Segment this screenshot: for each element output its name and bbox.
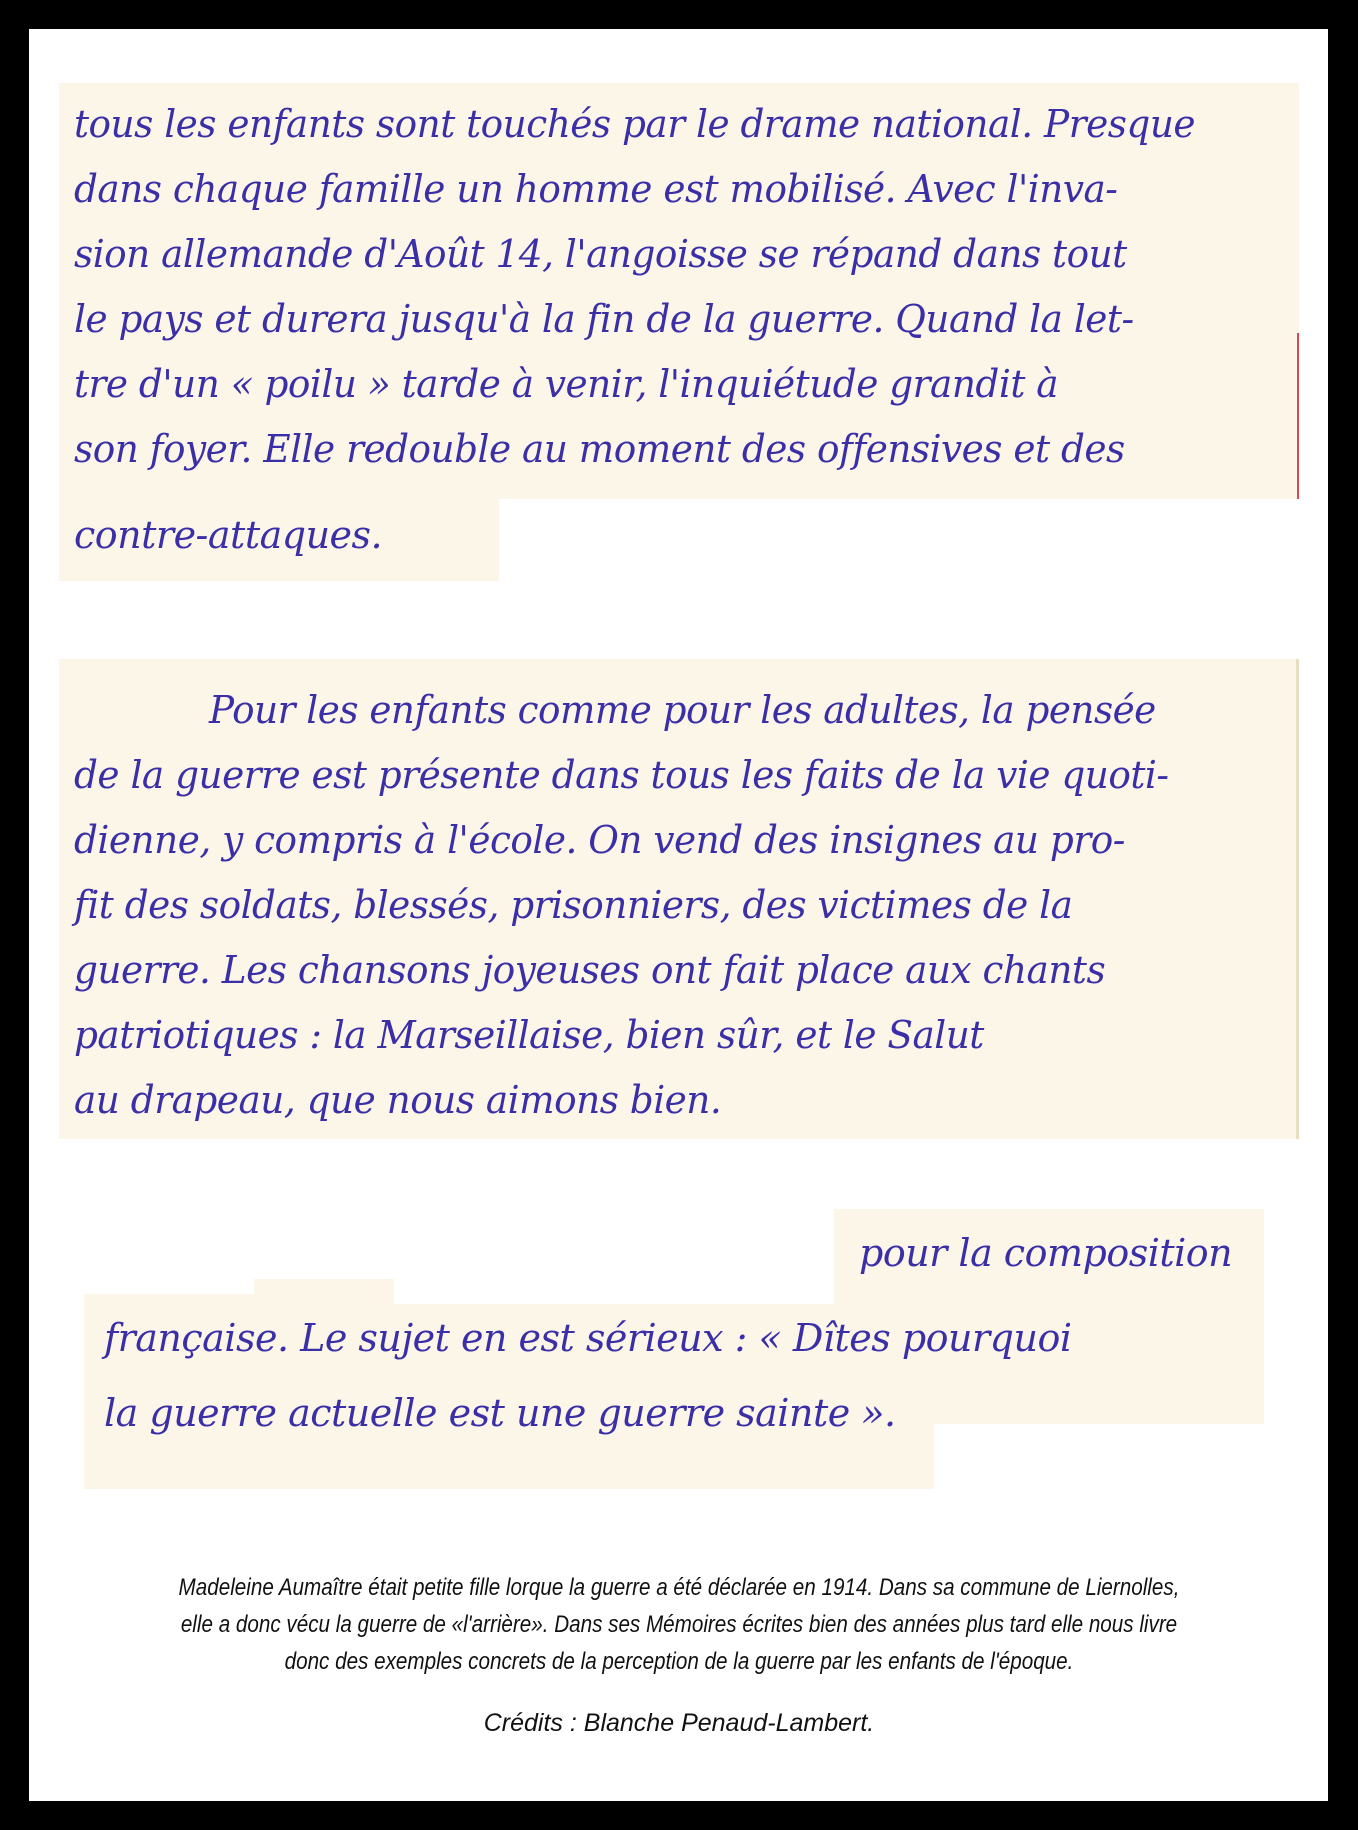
handwritten-line: le pays et durera jusqu'à la fin de la g… [74, 300, 1279, 338]
handwritten-line: fit des soldats, blessés, prisonniers, d… [74, 886, 1279, 924]
handwritten-line: dans chaque famille un homme est mobilis… [74, 170, 1279, 208]
handwritten-line: guerre. Les chansons joyeuses ont fait p… [74, 951, 1279, 989]
handwritten-line: patriotiques : la Marseillaise, bien sûr… [74, 1016, 1279, 1054]
handwritten-line: pour la composition [859, 1234, 1232, 1272]
handwritten-line: contre-attaques. [74, 516, 382, 554]
handwritten-line: son foyer. Elle redouble au moment des o… [74, 430, 1279, 468]
handwritten-line: tre d'un « poilu » tarde à venir, l'inqu… [74, 365, 1279, 403]
handwritten-line: tous les enfants sont touchés par le dra… [74, 105, 1279, 143]
handwritten-line: française. Le sujet en est sérieux : « D… [104, 1319, 1072, 1357]
handwritten-line: sion allemande d'Août 14, l'angoisse se … [74, 235, 1279, 273]
caption: Madeleine Aumaître était petite fille lo… [172, 1569, 1187, 1680]
handwritten-line: au drapeau, que nous aimons bien. [74, 1081, 1279, 1119]
caption-line: Madeleine Aumaître était petite fille lo… [172, 1569, 1187, 1606]
handwritten-line: Pour les enfants comme pour les adultes,… [209, 691, 1279, 729]
page: tous les enfants sont touchés par le dra… [29, 29, 1328, 1801]
manuscript-excerpt-2: Pour les enfants comme pour les adultes,… [59, 659, 1299, 1139]
paper-edge [1296, 659, 1299, 1139]
credits: Crédits : Blanche Penaud-Lambert. [89, 1709, 1269, 1738]
handwritten-line: dienne, y compris à l'école. On vend des… [74, 821, 1279, 859]
caption-line: elle a donc vécu la guerre de «l'arrière… [172, 1606, 1187, 1643]
handwritten-line: de la guerre est présente dans tous les … [74, 756, 1279, 794]
page-gap [934, 1424, 1264, 1489]
handwritten-line: la guerre actuelle est une guerre sainte… [104, 1394, 896, 1432]
caption-line: donc des exemples concrets de la percept… [172, 1643, 1187, 1680]
